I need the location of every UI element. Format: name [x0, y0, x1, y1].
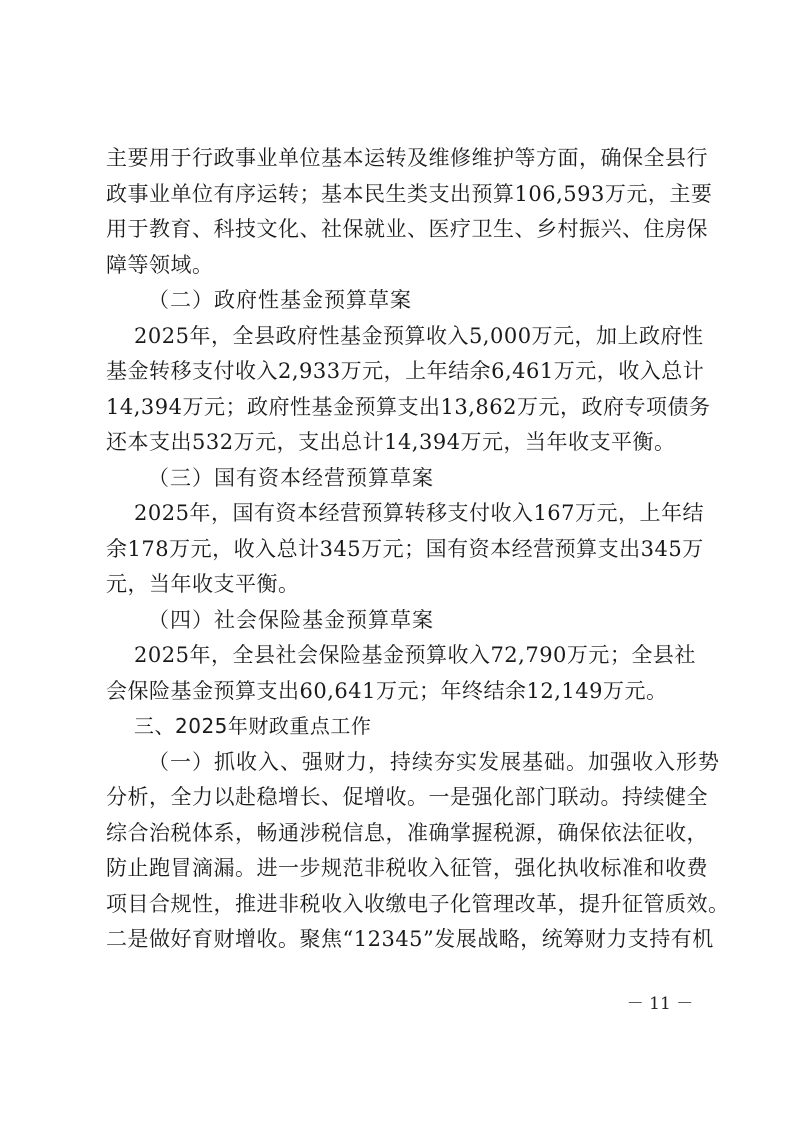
- subsection-heading-3: （三）国有资本经营预算草案: [148, 460, 434, 496]
- body-text-line: 余178万元，收入总计345万元；国有资本经营预算支出345万: [106, 531, 694, 567]
- page-number: － 11 －: [620, 992, 700, 1016]
- body-text-line: 2025年，全县政府性基金预算收入5,000万元，加上政府性: [134, 318, 694, 354]
- body-text-line: 项目合规性，推进非税收入收缴电子化管理改革，提升征管质效。: [106, 886, 694, 922]
- section-heading-3: 三、2025年财政重点工作: [134, 708, 371, 744]
- body-text-line: 还本支出532万元，支出总计14,394万元，当年收支平衡。: [106, 424, 694, 460]
- subsection-heading-2: （二）政府性基金预算草案: [148, 282, 412, 318]
- body-text-line: 14,394万元；政府性基金预算支出13,862万元，政府专项债务: [106, 389, 694, 425]
- body-text-line: 元，当年收支平衡。: [106, 566, 694, 602]
- body-text-line: 会保险基金预算支出60,641万元；年终结余12,149万元。: [106, 673, 694, 709]
- body-text-line: 综合治税体系，畅通涉税信息，准确掌握税源，确保依法征收，: [106, 815, 694, 851]
- body-text-line: 主要用于行政事业单位基本运转及维修维护等方面，确保全县行: [106, 140, 694, 176]
- subsection-heading-4: （四）社会保险基金预算草案: [148, 602, 434, 638]
- body-text-line: 用于教育、科技文化、社保就业、医疗卫生、乡村振兴、住房保: [106, 211, 694, 247]
- body-text-line: （一）抓收入、强财力，持续夯实发展基础。加强收入形势: [148, 744, 694, 780]
- body-text-line: 2025年，国有资本经营预算转移支付收入167万元，上年结: [134, 495, 694, 531]
- body-text-line: 政事业单位有序运转；基本民生类支出预算106,593万元，主要: [106, 176, 694, 212]
- body-text-line: 基金转移支付收入2,933万元，上年结余6,461万元，收入总计: [106, 353, 694, 389]
- body-text-line: 二是做好育财增收。聚焦“12345”发展战略，统筹财力支持有机: [106, 921, 694, 957]
- body-text-line: 分析，全力以赴稳增长、促增收。一是强化部门联动。持续健全: [106, 779, 694, 815]
- body-text-line: 2025年，全县社会保险基金预算收入72,790万元；全县社: [134, 637, 694, 673]
- body-text-line: 防止跑冒滴漏。进一步规范非税收入征管，强化执收标准和收费: [106, 850, 694, 886]
- document-page: 主要用于行政事业单位基本运转及维修维护等方面，确保全县行 政事业单位有序运转；基…: [0, 0, 793, 1122]
- body-text-line: 障等领域。: [106, 247, 694, 283]
